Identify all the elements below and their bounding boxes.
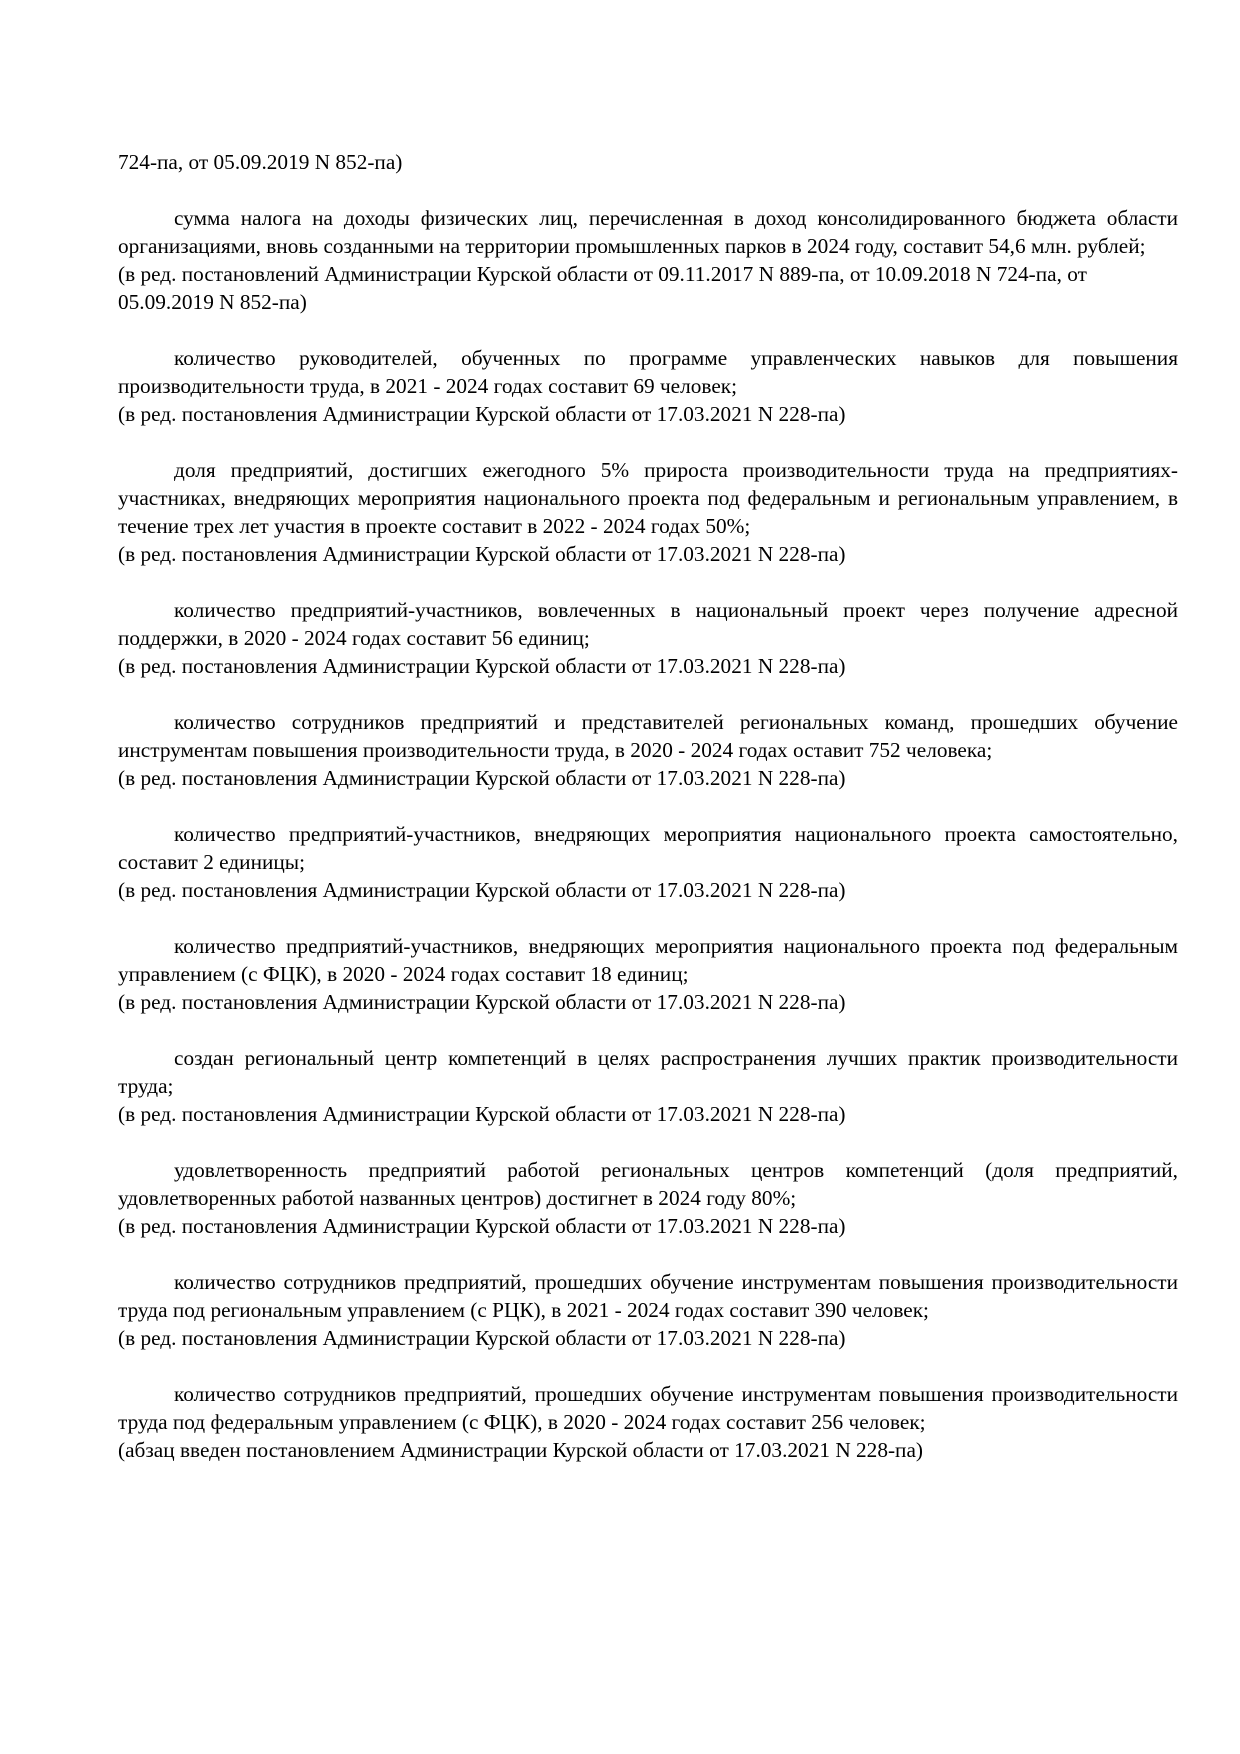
- amendment-note: (в ред. постановления Администрации Курс…: [118, 1324, 1178, 1352]
- paragraph-text: сумма налога на доходы физических лиц, п…: [118, 204, 1178, 260]
- paragraph-satisfaction-rck: удовлетворенность предприятий работой ре…: [118, 1156, 1178, 1240]
- paragraph-regional-competence-center: создан региональный центр компетенций в …: [118, 1044, 1178, 1128]
- paragraph-text: количество предприятий-участников, вовле…: [118, 596, 1178, 652]
- paragraph-text: количество сотрудников предприятий и пре…: [118, 708, 1178, 764]
- paragraph-text: количество руководителей, обученных по п…: [118, 344, 1178, 400]
- paragraph-text: создан региональный центр компетенций в …: [118, 1044, 1178, 1100]
- amendment-note: (в ред. постановления Администрации Курс…: [118, 988, 1178, 1016]
- continuation-line: 724-па, от 05.09.2019 N 852-па): [118, 148, 1178, 176]
- paragraph-participants-self-implementing: количество предприятий-участников, внедр…: [118, 820, 1178, 904]
- amendment-note: (в ред. постановления Администрации Курс…: [118, 764, 1178, 792]
- amendment-note: (в ред. постановления Администрации Курс…: [118, 400, 1178, 428]
- amendment-note: (в ред. постановления Администрации Курс…: [118, 876, 1178, 904]
- paragraph-text: количество предприятий-участников, внедр…: [118, 932, 1178, 988]
- paragraph-employees-trained-fck: количество сотрудников предприятий, прош…: [118, 1380, 1178, 1464]
- document-page: 724-па, от 05.09.2019 N 852-па) сумма на…: [118, 148, 1178, 1492]
- paragraph-employees-regional-teams-trained: количество сотрудников предприятий и пре…: [118, 708, 1178, 792]
- amendment-note: (в ред. постановления Администрации Курс…: [118, 1212, 1178, 1240]
- amendment-note: (абзац введен постановлением Администрац…: [118, 1436, 1178, 1464]
- paragraph-text: количество сотрудников предприятий, прош…: [118, 1268, 1178, 1324]
- paragraph-text: удовлетворенность предприятий работой ре…: [118, 1156, 1178, 1212]
- amendment-note: (в ред. постановления Администрации Курс…: [118, 540, 1178, 568]
- amendment-note: (в ред. постановления Администрации Курс…: [118, 652, 1178, 680]
- paragraph-managers-trained: количество руководителей, обученных по п…: [118, 344, 1178, 428]
- paragraph-productivity-growth-share: доля предприятий, достигших ежегодного 5…: [118, 456, 1178, 568]
- paragraph-employees-trained-rck: количество сотрудников предприятий, прош…: [118, 1268, 1178, 1352]
- paragraph-participants-targeted-support: количество предприятий-участников, вовле…: [118, 596, 1178, 680]
- paragraph-ndfl-industrial-parks: сумма налога на доходы физических лиц, п…: [118, 204, 1178, 316]
- amendment-note: (в ред. постановлений Администрации Курс…: [118, 260, 1178, 316]
- paragraph-text: количество сотрудников предприятий, прош…: [118, 1380, 1178, 1436]
- amendment-note: (в ред. постановления Администрации Курс…: [118, 1100, 1178, 1128]
- paragraph-text: количество предприятий-участников, внедр…: [118, 820, 1178, 876]
- paragraph-text: доля предприятий, достигших ежегодного 5…: [118, 456, 1178, 540]
- paragraph-participants-federal-fck: количество предприятий-участников, внедр…: [118, 932, 1178, 1016]
